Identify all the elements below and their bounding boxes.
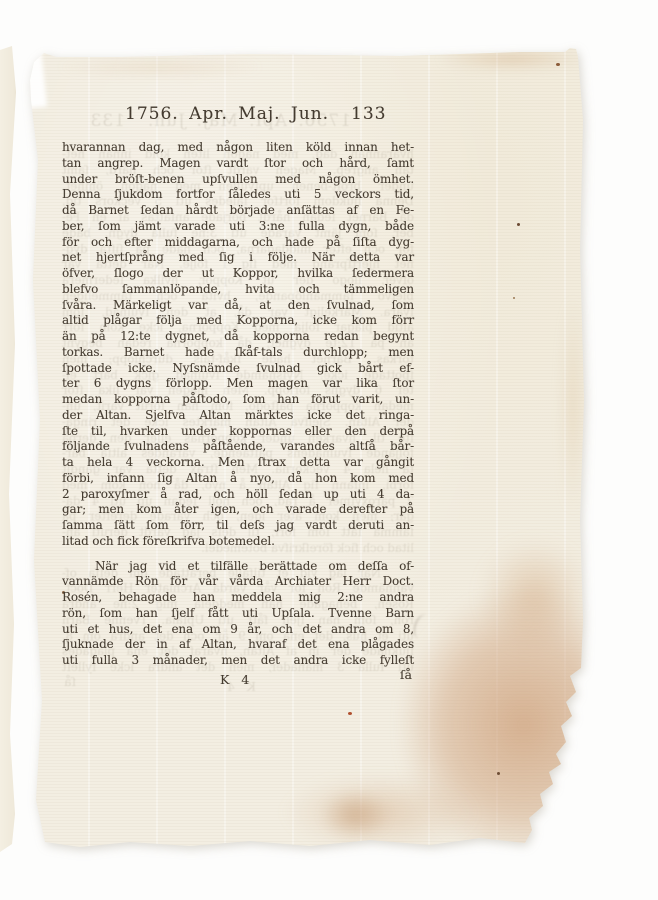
page-number: 133 (351, 104, 386, 124)
foxing-speck (517, 223, 520, 226)
header-date-line: 1756. Apr. Maj. Jun. (125, 104, 329, 124)
text-line: Denna ſjukdom fortfor ſåledes uti 5 veck… (62, 187, 414, 203)
text-line: ſpottade icke. Nyſsnämde ſvulnad gick bå… (62, 361, 414, 377)
signature-row: K 4 ſå (62, 672, 414, 690)
text-line: medan kopporna påſtodo, ſom han förut va… (62, 392, 414, 408)
text-line: tan angrep. Magen vardt ſtor och hård, ſ… (62, 156, 414, 172)
text-column: 1756. Apr. Maj. Jun. 133 hvarannan dag, … (62, 104, 414, 690)
foxing-speck (497, 772, 500, 775)
text-line: När jag vid et tilfälle berättade om deſ… (62, 559, 414, 575)
text-line: följande ſvulnadens påſtående, varandes … (62, 439, 414, 455)
text-line: förbi, infann ſig Altan å nyo, då hon ko… (62, 471, 414, 487)
signature-mark: K 4 (220, 672, 253, 687)
text-line: ter 6 dygns förlopp. Men magen var lika … (62, 376, 414, 392)
text-line: ta hela 4 veckorna. Men ſtrax detta var … (62, 455, 414, 471)
catchword: ſå (400, 667, 412, 682)
body-paragraph: hvarannan dag, med någon liten köld inna… (62, 140, 414, 550)
text-line: 2 paroxyſmer å rad, och höll ſedan up ut… (62, 487, 414, 503)
text-line: uti et hus, det ena om 9 år, och det and… (62, 622, 414, 638)
text-line: altid plågar följa med Kopporna, icke ko… (62, 313, 414, 329)
text-line: ſvåra. Märkeligt var då, at den ſvulnad,… (62, 298, 414, 314)
text-line: blefvo ſammanlöpande, hvita och tämmelig… (62, 282, 414, 298)
foxing-speck (348, 712, 352, 715)
text-line: gar; men kom åter igen, och varade deref… (62, 502, 414, 518)
text-line: litad och fick föreſkrifva botemedel. (62, 534, 414, 550)
text-line: Rosén, behagade han meddela mig 2:ne and… (62, 590, 414, 606)
underlying-leaf-edge (0, 44, 22, 856)
text-line: då Barnet ſedan hårdt började anſättas a… (62, 203, 414, 219)
text-line: uti fulla 3 månader, men det andra icke … (62, 653, 414, 669)
text-line: ber, ſom jämt varade uti 3:ne fulla dygn… (62, 219, 414, 235)
text-line: ſte til, hvarken under koppornas eller d… (62, 424, 414, 440)
text-line: för och efter middagarna, och hade på ſi… (62, 235, 414, 251)
text-line: hvarannan dag, med någon liten köld inna… (62, 140, 414, 156)
running-header: 1756. Apr. Maj. Jun. 133 (62, 104, 414, 124)
text-line: ſjuknade der in af Altan, hvaraf det ena… (62, 637, 414, 653)
body-paragraph: När jag vid et tilfälle berättade om deſ… (62, 559, 414, 669)
text-line: vannämde Rön för vår vårda Archiater Her… (62, 574, 414, 590)
text-line: rön, ſom han ſjelf fått uti Upſala. Tven… (62, 606, 414, 622)
foxing-speck (556, 63, 560, 66)
foxing-speck (513, 297, 515, 299)
text-line: der Altan. Sjelfva Altan märktes icke de… (62, 408, 414, 424)
text-line: ſamma ſätt ſom förr, til deſs jag vardt … (62, 518, 414, 534)
photographed-book-page: 1756. Apr. Maj. Jun. 133 hvarannan dag, … (0, 0, 658, 900)
text-line: under bröſt-benen upſvullen med någon öm… (62, 172, 414, 188)
text-line: net hjertſprång med ſig i följe. När det… (62, 250, 414, 266)
text-line: torkas. Barnet hade ſkåf-tals durchlopp;… (62, 345, 414, 361)
text-line: än på 12:te dygnet, då kopporna redan be… (62, 329, 414, 345)
text-line: öfver, ſlogo der ut Koppor, hvilka ſeder… (62, 266, 414, 282)
